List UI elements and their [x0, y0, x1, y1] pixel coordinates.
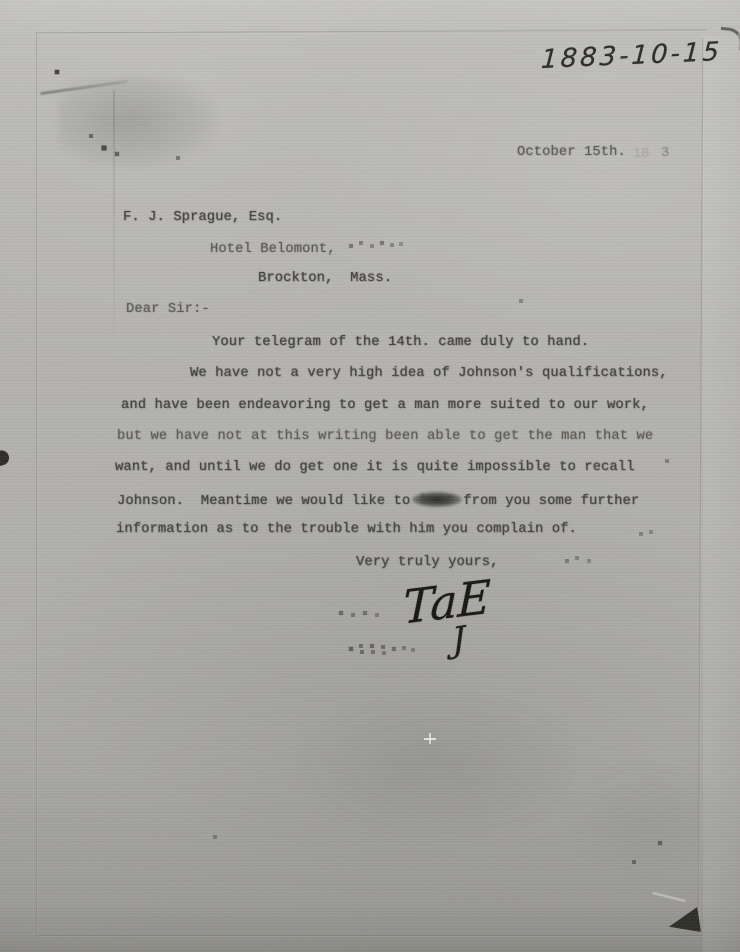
- typed-date-year-ghost: 18: [633, 147, 650, 162]
- letter-body-line-3: and have been endeavoring to get a man m…: [121, 399, 649, 413]
- typed-date-year-faint: 3: [661, 146, 669, 161]
- ink-smudge: hear: [412, 492, 462, 507]
- letter-body-line-4: but we have not at this writing been abl…: [117, 430, 653, 444]
- letter-body-line-6a: Johnson. Meantime we would like to: [117, 494, 410, 509]
- handwritten-archive-date: 1883-10-15: [540, 37, 723, 75]
- letter-body-line-6b: from you some further: [463, 494, 639, 509]
- recipient-address-line1: Hotel Belomont,: [210, 243, 336, 257]
- edge-ink-mark: [0, 449, 11, 466]
- signature-flourish: J: [451, 619, 467, 661]
- scratch-mark: [652, 892, 685, 902]
- recipient-address-line2: Brockton, Mass.: [258, 272, 392, 286]
- paper-edge-bottom: [38, 935, 702, 937]
- stain-bottom-right: [560, 760, 730, 880]
- recipient-name: F. J. Sprague, Esq.: [123, 211, 282, 225]
- stain-top-left: [58, 76, 218, 168]
- letter-body-line-2: We have not a very high idea of Johnson'…: [190, 367, 668, 381]
- paper-edge-left: [36, 32, 38, 938]
- smudged-word: hear: [420, 494, 454, 508]
- letter-body-line-6: Johnson. Meantime we would like tohearfr…: [117, 492, 639, 509]
- dot-artifacts: [0, 0, 2, 2]
- paper-edge-top: [36, 30, 706, 35]
- typed-date: October 15th.: [517, 146, 626, 160]
- photo-corner-mark: [669, 907, 701, 933]
- closing: Very truly yours,: [356, 556, 498, 570]
- scanned-letter-page: 1883-10-15 October 15th. 18 3 F. J. Spra…: [0, 0, 740, 952]
- letter-body-line-5: want, and until we do get one it is quit…: [115, 461, 635, 475]
- signature-initials: TaE: [403, 569, 491, 634]
- letter-body-line-1: Your telegram of the 14th. came duly to …: [212, 336, 589, 350]
- stain-bottom-center: [290, 690, 570, 840]
- letter-body-line-7: information as to the trouble with him y…: [116, 523, 577, 537]
- registration-cross-icon: [429, 733, 431, 744]
- salutation: Dear Sir:-: [126, 303, 210, 317]
